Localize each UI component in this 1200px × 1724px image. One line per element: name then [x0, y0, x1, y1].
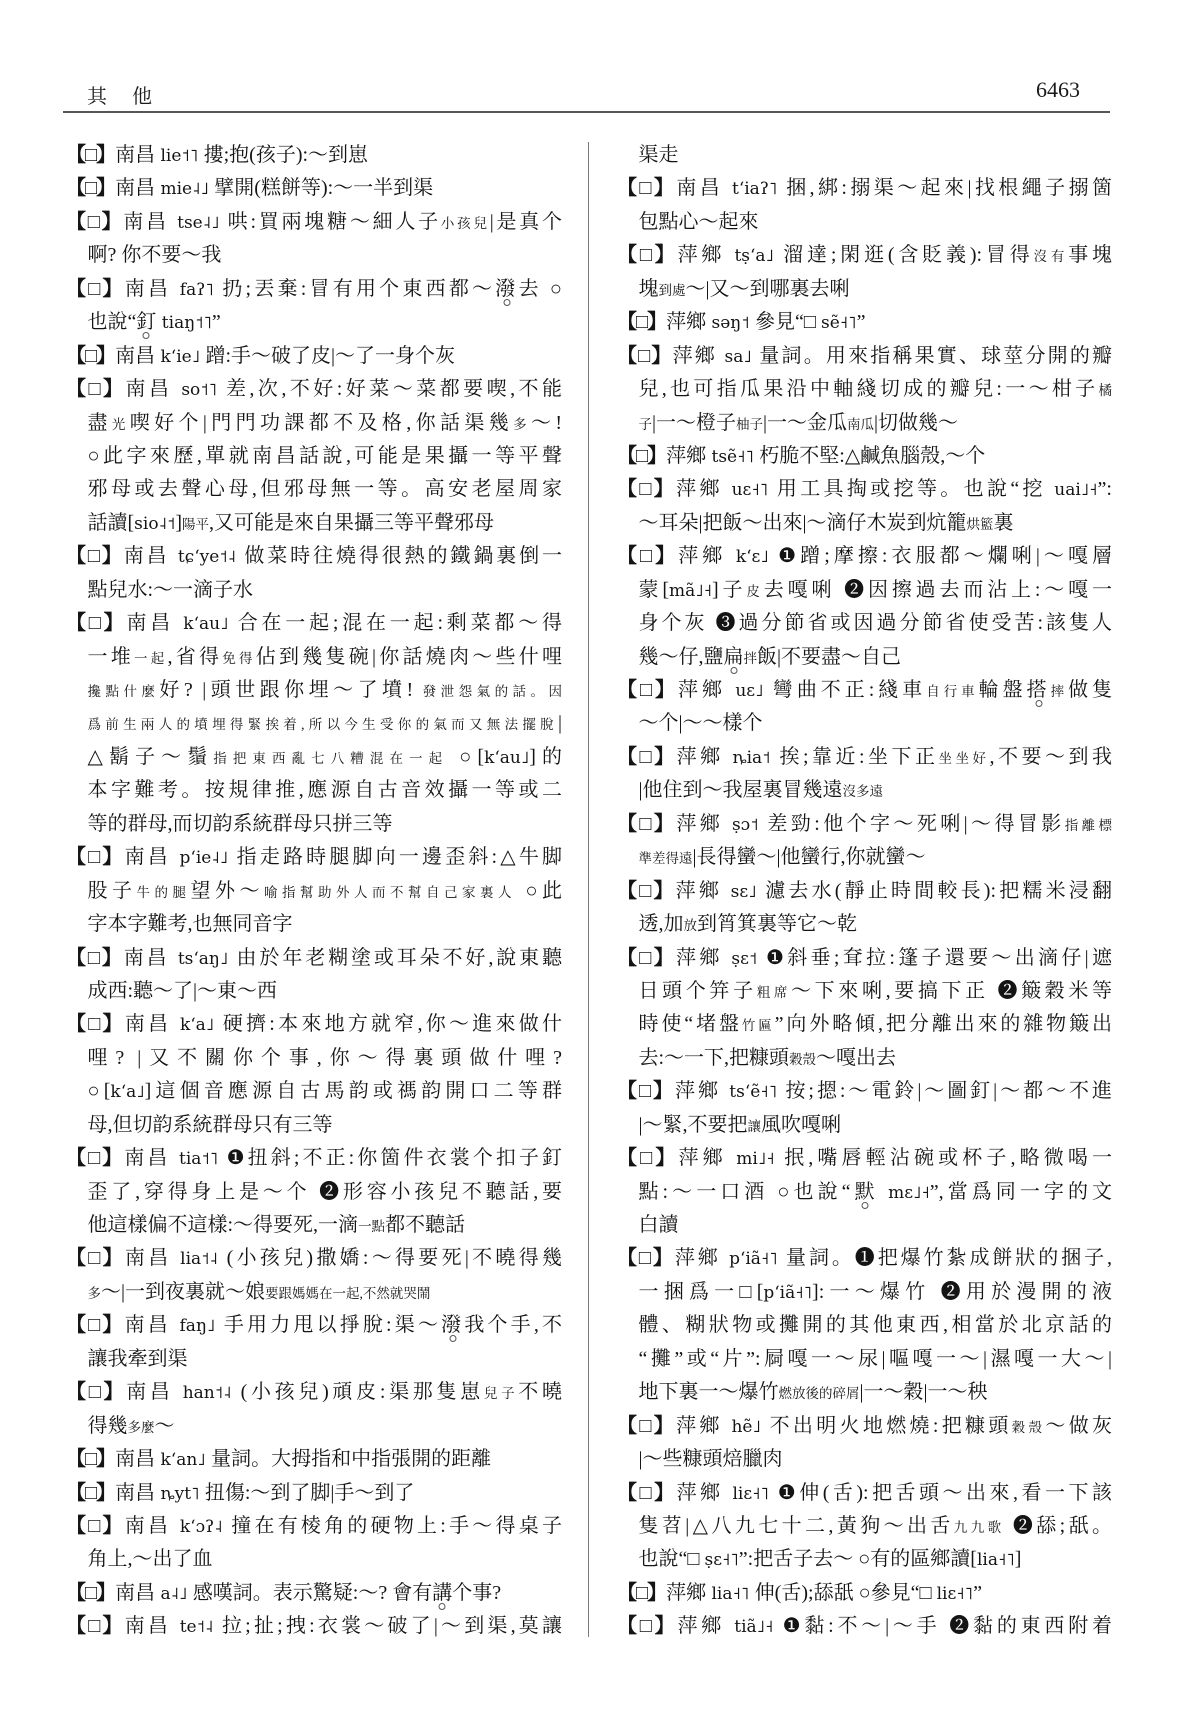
- dialect-label: 南昌: [124, 1147, 170, 1169]
- definition-text: |是真个: [490, 211, 562, 233]
- dictionary-entry-line: 【□】南昌 faʔ˥ 扔;丟棄:冒有用个東西都～潑去 ○: [66, 273, 562, 306]
- entry-continuation-line: 字本字難考,也無同音字: [66, 908, 562, 941]
- headword-placeholder: 【□】: [66, 1515, 125, 1537]
- dialect-label: 萍鄉: [666, 445, 706, 467]
- definition-text: 用工具掏或挖等。也說“挖: [777, 478, 1054, 500]
- definition-text: 个事?: [452, 1582, 501, 1604]
- headword-placeholder: 【□】: [66, 947, 124, 969]
- headword-placeholder: 【□】: [66, 345, 115, 367]
- dictionary-entry-line: 【□】萍鄉 hẽ˩ 不出明火地燃燒:把糠頭穀殼～做灰: [617, 1410, 1112, 1443]
- definition-text: 幾～仔,鹽: [639, 646, 724, 668]
- definition-text: ]: [175, 512, 182, 534]
- definition-text: 朽脆不堅:△鹹魚腦殼,～个: [759, 445, 985, 467]
- entry-continuation-line: 包點心～起來: [617, 206, 1112, 239]
- definition-text: ”:: [1098, 478, 1112, 500]
- entry-continuation-line: 時使“堵盤竹匾”向外略傾,把分離出來的雜物簸出: [617, 1008, 1112, 1041]
- phonetic-transcription: a˨˩: [155, 1584, 193, 1604]
- gloss-note: 南瓜: [847, 417, 874, 432]
- definition-text: 得幾: [88, 1415, 128, 1437]
- definition-text: |一～穀|一～秧: [860, 1381, 988, 1403]
- phonetic-transcription: lia˧˥: [977, 1550, 1015, 1570]
- definition-text: (小孩兒)撒嬌:～得要死|不曉得幾: [227, 1247, 562, 1269]
- gloss-note: 陽平: [182, 517, 209, 532]
- definition-text: ～!: [531, 412, 562, 434]
- dictionary-entry-line: 【□】南昌 mie˨˩ 擘開(糕餅等):～一半到渠: [66, 172, 562, 205]
- phonetic-transcription: mi˩˧: [727, 1149, 784, 1169]
- headword-placeholder: 【□】: [66, 1448, 115, 1470]
- entry-continuation-line: ～个|～～樣个: [617, 707, 1112, 740]
- definition-text: ○[: [448, 746, 484, 768]
- entry-continuation-line: 他這樣偏不這樣:～得要死,一滴一點都不聽話: [66, 1209, 562, 1242]
- entry-continuation-line: 地下裏一～爆竹燃放後的碎屑|一～穀|一～秧: [617, 1376, 1112, 1409]
- definition-text: 去 ○: [518, 278, 562, 300]
- definition-text: 啊? 你不要～我: [88, 244, 222, 266]
- page-number: 6463: [1036, 77, 1080, 103]
- gloss-note: 子: [639, 417, 653, 432]
- gloss-note: 一點: [358, 1219, 385, 1234]
- dictionary-entry-line: 【□】南昌 han˦˨ (小孩兒)頑皮:渠那隻崽兒子不曉: [66, 1376, 562, 1409]
- phonetic-transcription: sa˩: [717, 347, 759, 367]
- phonetic-transcription: kʻa˩: [171, 1015, 223, 1035]
- entry-continuation-line: 隻苕|△八九七十二,黃狗～出舌九九歌 ❷舔;舐。: [617, 1510, 1112, 1543]
- phonetic-transcription: mã˩˧: [669, 581, 712, 601]
- definition-text: 塊: [639, 278, 659, 300]
- gloss-note: 穀殼: [1012, 1420, 1046, 1435]
- definition-text: 感嘆詞。表示驚疑:～? 會有: [193, 1582, 432, 1604]
- phonetic-transcription: tsʻẽ˧˥: [721, 1082, 786, 1102]
- gloss-note: 多: [88, 1286, 102, 1301]
- gloss-note: 喻指幫助外人而不幫自己家裏人: [264, 885, 516, 900]
- entry-continuation-line: 爲前生兩人的墳埋得緊挨着,所以今生受你的氣而又無法擺脫|: [66, 707, 562, 740]
- entry-continuation-line: 準差得遠|長得蠻～|他蠻行,你就蠻～: [617, 841, 1112, 874]
- definition-text: |～些糠頭焙臘肉: [639, 1448, 783, 1470]
- headword-placeholder: 【□】: [66, 1247, 125, 1269]
- definition-text: 做隻: [1068, 679, 1112, 701]
- entry-continuation-line: △鬍子～鬚指把東西亂七八糟混在一起 ○[kʻau˩]的: [66, 741, 562, 774]
- phonetic-transcription: so˦˥: [172, 380, 225, 400]
- phonetic-transcription: ṣɛ˧˥: [704, 1550, 738, 1570]
- right-column: 渠走【□】南昌 tʻiaʔ˥ 捆,綁:搦渠～起來|找根繩子搦箇包點心～起來【□】…: [617, 139, 1112, 1644]
- definition-text: |: [558, 712, 562, 734]
- entry-continuation-line: 本字難考。按規律推,應源自古音效攝一等或二: [66, 774, 562, 807]
- definition-text: 隻苕|△八九七十二,黃狗～出舌: [639, 1515, 954, 1537]
- gloss-note: 一起: [134, 651, 168, 666]
- definition-text: ❶蹭;摩擦:衣服都～爛唎|～嘎層: [778, 545, 1112, 567]
- entry-continuation-line: 也說“□ ṣɛ˧˥”:把舌子去～ ○有的區鄉讀[lia˧˥]: [617, 1543, 1112, 1576]
- definition-text: 讓我牽到渠: [88, 1348, 188, 1370]
- definition-text: 捆,綁:搦渠～起來|找根繩子搦箇: [786, 177, 1112, 199]
- definition-text: ～下來唎,要搞下正 ❷簸穀米等: [791, 980, 1112, 1002]
- definition-text: 硬擠:本來地方就窄,你～進來做什: [223, 1013, 562, 1035]
- definition-text: 時使“堵盤: [639, 1013, 742, 1035]
- headword-placeholder: 【□】: [617, 244, 678, 266]
- dialect-label: 南昌: [126, 378, 173, 400]
- gloss-note: 指把東西亂七八糟混在一起: [213, 751, 448, 766]
- phonetic-transcription: liɛ˧˥: [937, 1584, 973, 1604]
- definition-text: 他這樣偏不這樣:～得要死,一滴: [88, 1214, 359, 1236]
- entry-continuation-line: 讓我牽到渠: [66, 1343, 562, 1376]
- phonetic-transcription: tiã˩˧: [725, 1617, 783, 1637]
- headword-placeholder: 【□】: [66, 846, 125, 868]
- entry-continuation-line: 角上,～出了血: [66, 1543, 562, 1576]
- phonetic-transcription: ȵyt˥: [155, 1484, 205, 1504]
- definition-text: ]這個音應源自古馬韵或禡韵開口二等群: [145, 1080, 562, 1102]
- gloss-note: 指離標: [1065, 818, 1112, 833]
- definition-text: ]:一～爆竹 ❷用於漫開的液: [812, 1281, 1112, 1303]
- definition-text: ❷舔;舐。: [1004, 1515, 1112, 1537]
- definition-text: ”:把舌子去～ ○有的區鄉讀[: [739, 1548, 977, 1570]
- gloss-note: 小孩兒: [441, 216, 490, 231]
- dictionary-entry-line: 【□】南昌 kʻɔʔ˨ 撞在有棱角的硬物上:手～得桌子: [66, 1510, 562, 1543]
- headword-placeholder: 【□】: [617, 880, 676, 902]
- gloss-note: 皮: [746, 584, 763, 599]
- definition-text: 由於年老糊塗或耳朵不好,說東聽: [237, 947, 562, 969]
- definition-text: 不出明火地燃燒:把糠頭: [770, 1415, 1012, 1437]
- definition-text: 日頭个笄子: [639, 980, 757, 1002]
- definition-text: 蹭:手～破了皮|～了一身个灰: [206, 345, 456, 367]
- gloss-note: 多麼: [128, 1420, 155, 1435]
- dictionary-entry-line: 【□】南昌 pʻie˨˩ 指走路時腿脚向一邊歪斜:△牛脚: [66, 841, 562, 874]
- definition-text: 盡: [88, 412, 112, 434]
- phonetic-transcription: sɛ˩: [722, 882, 765, 902]
- dialect-label: 萍鄉: [678, 679, 726, 701]
- phonetic-transcription: uɛ˧˥: [723, 480, 777, 500]
- dictionary-entry-line: 【□】南昌 tʻiaʔ˥ 捆,綁:搦渠～起來|找根繩子搦箇: [617, 172, 1112, 205]
- phonetic-transcription: tse˨˩: [169, 213, 228, 233]
- definition-text: |一～金瓜: [763, 412, 847, 434]
- headword-placeholder: 【□】: [617, 1615, 677, 1637]
- headword-placeholder: 【□】: [617, 813, 676, 835]
- entry-continuation-line: 股子牛的腿望外～喻指幫助外人而不幫自己家裏人 ○此: [66, 875, 562, 908]
- definition-text: 合在一起;混在一起:剩菜都～得: [238, 612, 562, 634]
- definition-text: 到筲箕裏等它～乾: [697, 913, 857, 935]
- definition-text: 地下裏一～爆竹: [639, 1381, 779, 1403]
- entry-continuation-line: 盡光喫好个|門門功課都不及格,你話渠幾多～!: [66, 407, 562, 440]
- entry-continuation-line: 塊到處～|又～到哪裏去唎: [617, 273, 1112, 306]
- gloss-note: 橘: [1099, 383, 1113, 398]
- headword-placeholder: 【□】: [617, 1482, 677, 1504]
- dictionary-entry-line: 【□】南昌 ȵyt˥ 扭傷:～到了脚|手～到了: [66, 1477, 562, 1510]
- definition-text: 包點心～起來: [639, 211, 759, 233]
- ring-marked-char: 扁: [724, 646, 744, 668]
- definition-text: 飯|不要盡～自己: [757, 646, 901, 668]
- entry-continuation-line: 也說“釘 tiaŋ˦˥”: [66, 306, 562, 339]
- entry-continuation-line: 日頭个笄子粗席～下來唎,要搞下正 ❷簸穀米等: [617, 975, 1112, 1008]
- dialect-label: 萍鄉: [676, 947, 723, 969]
- phonetic-transcription: kʻɛ˩: [726, 547, 778, 567]
- headword-placeholder: 【□】: [617, 947, 676, 969]
- definition-text: ”: [973, 1582, 982, 1604]
- ring-marked-char: 講: [432, 1582, 452, 1604]
- definition-text: 撞在有棱角的硬物上:手～得桌子: [231, 1515, 562, 1537]
- definition-text: 去:～一下,把糠頭: [639, 1047, 790, 1069]
- headword-placeholder: 【□】: [617, 177, 676, 199]
- phonetic-transcription: uɛ˩: [726, 681, 773, 701]
- definition-text: ～嘎出去: [816, 1047, 896, 1069]
- phonetic-transcription: kʻan˩: [155, 1450, 211, 1470]
- entry-continuation-line: 話讀[sio˨˦]陽平,又可能是來自果攝三等平聲邪母: [66, 507, 562, 540]
- definition-text: 擘開(糕餅等):～一半到渠: [214, 177, 433, 199]
- gloss-note: 坐坐好: [939, 751, 990, 766]
- definition-text: 事塊: [1068, 244, 1112, 266]
- gloss-note: 準差得遠: [639, 851, 693, 866]
- definition-text: 指走路時腿脚向一邊歪斜:△牛脚: [237, 846, 562, 868]
- phonetic-transcription: tia˦˥: [171, 1149, 227, 1169]
- phonetic-transcription: lia˧˥: [706, 1584, 755, 1604]
- definition-text: 抿,嘴唇輕沾碗或杯子,略微喝一: [784, 1147, 1112, 1169]
- definition-text: 伸(舌);舔舐 ○參見“□: [755, 1582, 937, 1604]
- headword-placeholder: 【□】: [66, 1615, 125, 1637]
- definition-text: 體、糊狀物或攤開的其他東西,相當於北京話的: [639, 1314, 1113, 1336]
- definition-text: ”: [212, 311, 221, 333]
- definition-text: 成西:聽～了|～東～西: [88, 980, 278, 1002]
- definition-text: ,省得: [168, 646, 223, 668]
- headword-placeholder: 【□】: [617, 478, 676, 500]
- dictionary-entry-line: 【□】萍鄉 ṣɛ˦ ❶斜垂;耷拉:篷子還要～出滴仔|遮: [617, 942, 1112, 975]
- definition-text: 蒙[: [639, 579, 670, 601]
- dialect-label: 南昌: [125, 846, 171, 868]
- headword-placeholder: 【□】: [66, 545, 124, 567]
- dictionary-entry-line: 【□】南昌 a˨˩ 感嘆詞。表示驚疑:～? 會有講个事?: [66, 1577, 562, 1610]
- definition-text: 等的群母,而切韵系統群母只拼三等: [88, 813, 393, 835]
- definition-text: ～|又～到哪裏去唎: [686, 278, 850, 300]
- dialect-label: 萍鄉: [666, 1582, 706, 1604]
- definition-text: 佔到幾隻碗|你話燒肉～些什哩: [256, 646, 562, 668]
- entry-continuation-line: 多～|一到夜裏就～娘要跟媽媽在一起,不然就哭鬧: [66, 1276, 562, 1309]
- gloss-note: 放: [684, 918, 698, 933]
- dictionary-entry-line: 【□】萍鄉 liɛ˧˥ ❶伸(舌):把舌頭～出來,看一下該: [617, 1477, 1112, 1510]
- phonetic-transcription: tṣʻa˩: [725, 246, 783, 266]
- phonetic-transcription: faʔ˥: [171, 280, 222, 300]
- definition-text: 身个灰 ❸過分節省或因過分節省使受苦:該隻人: [639, 612, 1113, 634]
- entry-continuation-line: ○[kʻa˩]這個音應源自古馬韵或禡韵開口二等群: [66, 1075, 562, 1108]
- dictionary-entry-line: 【□】南昌 tse˨˩ 哄:買兩塊糖～細人子小孩兒|是真个: [66, 206, 562, 239]
- dictionary-entry-line: 【□】南昌 kʻau˩ 合在一起;混在一起:剩菜都～得: [66, 607, 562, 640]
- definition-text: ❶黏:不～|～手 ❷黏的東西附着: [783, 1615, 1112, 1637]
- dictionary-page: 其他 6463 【□】南昌 lie˦˥ 摟;抱(孩子):～到崽【□】南昌 mie…: [0, 0, 1200, 1724]
- definition-text: 一捆爲一□[: [639, 1281, 764, 1303]
- dictionary-entry-line: 【□】萍鄉 uɛ˧˥ 用工具掏或挖等。也說“挖 uai˩˧”:: [617, 473, 1112, 506]
- dictionary-entry-line: 【□】萍鄉 ȵia˦ 挨;靠近:坐下正坐坐好,不要～到我: [617, 741, 1112, 774]
- ring-marked-char: 釘: [136, 311, 156, 333]
- definition-text: 量詞。❶把爆竹紮成餅狀的捆子,: [786, 1247, 1112, 1269]
- entry-continuation-line: |～緊,不要把讓風吹嘎唎: [617, 1109, 1112, 1142]
- dialect-label: 萍鄉: [677, 1615, 725, 1637]
- dialect-label: 南昌: [124, 947, 170, 969]
- headword-placeholder: 【□】: [66, 177, 115, 199]
- definition-text: 一堆: [88, 646, 135, 668]
- gloss-note: 穀殼: [789, 1052, 816, 1067]
- dictionary-entry-line: 【□】南昌 tɕʻye˦˨ 做菜時往燒得很熱的鐵鍋裏倒一: [66, 540, 562, 573]
- dialect-label: 萍鄉: [678, 1147, 726, 1169]
- dictionary-entry-line: 【□】萍鄉 tsẽ˧˥ 朽脆不堅:△鹹魚腦殼,～个: [617, 440, 1112, 473]
- definition-text: ❶斜垂;耷拉:篷子還要～出滴仔|遮: [766, 947, 1112, 969]
- entry-continuation-line: 啊? 你不要～我: [66, 239, 562, 272]
- dictionary-entry-line: 【□】萍鄉 tṣʻa˩ 溜達;閑逛(含貶義):冒得沒有事塊: [617, 239, 1112, 272]
- dialect-label: 南昌: [123, 211, 169, 233]
- dialect-label: 南昌: [115, 1448, 155, 1470]
- gloss-note: 要跟媽媽在一起,不然就哭鬧: [265, 1286, 430, 1301]
- definition-text: 量詞。用來指稱果實、球莖分開的瓣: [759, 345, 1112, 367]
- definition-text: 去嘎唎 ❷因擦過去而沾上:～嘎一: [764, 579, 1112, 601]
- entry-continuation-line: |他住到～我屋裏冒幾遠沒多遠: [617, 774, 1112, 807]
- phonetic-transcription: tsẽ˧˥: [706, 447, 759, 467]
- entry-continuation-line: 渠走: [617, 139, 1112, 172]
- definition-text: (小孩兒)頑皮:渠那隻崽: [241, 1381, 484, 1403]
- gloss-note: 自行車: [926, 684, 978, 699]
- dialect-label: 南昌: [115, 345, 155, 367]
- definition-text: 角上,～出了血: [88, 1548, 213, 1570]
- dictionary-entry-line: 【□】南昌 lia˦˨ (小孩兒)撒嬌:～得要死|不曉得幾: [66, 1242, 562, 1275]
- headword-placeholder: 【□】: [66, 211, 123, 233]
- dictionary-entry-line: 【□】萍鄉 səŋ˦ 參見“□ sẽ˧˥”: [617, 306, 1112, 339]
- entry-continuation-line: 母,但切韵系統群母只有三等: [66, 1109, 562, 1142]
- dialect-label: 南昌: [124, 545, 170, 567]
- dialect-label: 南昌: [126, 612, 174, 634]
- dialect-label: 南昌: [115, 1482, 155, 1504]
- gloss-note: 多: [513, 417, 531, 432]
- entry-continuation-line: “攤”或“片”:屙嘎一～尿|嘔嘎一～|濕嘎一大～|: [617, 1343, 1112, 1376]
- entry-continuation-line: 一堆一起,省得免得佔到幾隻碗|你話燒肉～些什哩: [66, 641, 562, 674]
- definition-text: ❶扭斜;不正:你箇件衣裳个扣子釘: [227, 1147, 562, 1169]
- entry-continuation-line: 等的群母,而切韵系統群母只拼三等: [66, 808, 562, 841]
- dictionary-entry-line: 【□】萍鄉 sɛ˩ 濾去水(靜止時間較長):把糯米浸翻: [617, 875, 1112, 908]
- phonetic-transcription: pʻiã˧˥: [721, 1249, 786, 1269]
- headword-placeholder: 【□】: [66, 1381, 126, 1403]
- entry-continuation-line: 身个灰 ❸過分節省或因過分節省使受苦:該隻人: [617, 607, 1112, 640]
- definition-text: ,不要～到我: [990, 746, 1112, 768]
- definition-text: 做菜時往燒得很熱的鐵鍋裏倒一: [244, 545, 562, 567]
- definition-text: 喫好个|門門功課都不及格,你話渠幾: [130, 412, 513, 434]
- entry-continuation-line: 體、糊狀物或攤開的其他東西,相當於北京話的: [617, 1309, 1112, 1342]
- definition-text: 風吹嘎唎: [761, 1114, 841, 1136]
- dictionary-entry-line: 【□】南昌 faŋ˩ 手用力甩以掙脫:渠～潑我个手,不: [66, 1309, 562, 1342]
- definition-text: 渠走: [639, 144, 679, 166]
- dialect-label: 南昌: [115, 1582, 155, 1604]
- definition-text: 也說“□: [639, 1548, 705, 1570]
- phonetic-transcription: ȵia˦: [724, 748, 780, 768]
- entry-continuation-line: 成西:聽～了|～東～西: [66, 975, 562, 1008]
- entry-continuation-line: 點兒水:～一滴子水: [66, 574, 562, 607]
- definition-text: ○此字來歷,單就南昌話說,可能是果攝一等平聲: [88, 445, 563, 467]
- definition-text: 差勁:他个字～死唎|～得冒影: [767, 813, 1064, 835]
- phonetic-transcription: han˦˨: [174, 1383, 241, 1403]
- dialect-label: 萍鄉: [675, 1247, 721, 1269]
- dictionary-entry-line: 【□】萍鄉 uɛ˩ 彎曲不正:綫車自行車輪盤搭摔做隻: [617, 674, 1112, 707]
- definition-text: 量詞。大拇指和中指張開的距離: [211, 1448, 491, 1470]
- phonetic-transcription: səŋ˦: [706, 313, 755, 333]
- definition-text: ～: [155, 1415, 175, 1437]
- definition-text: 參見“□: [755, 311, 821, 333]
- header-rule: [63, 111, 1110, 113]
- phonetic-transcription: tsʻaŋ˩: [170, 949, 237, 969]
- entry-continuation-line: 一捆爲一□[pʻiã˧˥]:一～爆竹 ❷用於漫開的液: [617, 1276, 1112, 1309]
- entry-continuation-line: 得幾多麼～: [66, 1410, 562, 1443]
- entry-continuation-line: |～些糠頭焙臘肉: [617, 1443, 1112, 1476]
- gloss-note: 摔: [1051, 684, 1068, 699]
- definition-text: 挨;靠近:坐下正: [779, 746, 938, 768]
- definition-text: 股子: [88, 880, 137, 902]
- definition-text: 溜達;閑逛(含貶義):冒得: [783, 244, 1033, 266]
- gloss-note: 發泄怨氣的話。因: [423, 684, 562, 699]
- phonetic-transcription: uai˩˧: [1054, 480, 1097, 500]
- entry-continuation-line: ○此字來歷,單就南昌話說,可能是果攝一等平聲: [66, 440, 562, 473]
- definition-text: “攤”或“片”:屙嘎一～尿|嘔嘎一～|濕嘎一大～|: [639, 1348, 1113, 1370]
- headword-placeholder: 【□】: [617, 345, 673, 367]
- dialect-label: 萍鄉: [677, 746, 724, 768]
- definition-text: 我个手,不: [464, 1314, 562, 1336]
- section-title: 其他: [87, 84, 177, 110]
- definition-text: 點兒水:～一滴子水: [88, 579, 254, 601]
- definition-text: ]的: [529, 746, 562, 768]
- headword-placeholder: 【□】: [617, 746, 677, 768]
- definition-text: ”,當爲同一字的文: [930, 1181, 1112, 1203]
- definition-text: |一～橙子: [652, 412, 736, 434]
- gloss-note: 拌: [744, 651, 758, 666]
- definition-text: 濾去水(靜止時間較長):把糯米浸翻: [765, 880, 1112, 902]
- dictionary-entry-line: 【□】南昌 lie˦˥ 摟;抱(孩子):～到崽: [66, 139, 562, 172]
- definition-text: ”向外略傾,把分離出來的雜物簸出: [775, 1013, 1112, 1035]
- ring-marked-char: 潑: [441, 1314, 464, 1336]
- headword-placeholder: 【□】: [66, 144, 115, 166]
- definition-text: 差,次,不好:好菜～菜都要喫,不能: [226, 378, 562, 400]
- definition-text: △鬍子～鬚: [88, 746, 214, 768]
- gloss-note: 粗席: [757, 985, 791, 1000]
- definition-text: 扔;丟棄:冒有用个東西都～: [222, 278, 495, 300]
- headword-placeholder: 【□】: [66, 1013, 125, 1035]
- dialect-label: 南昌: [125, 278, 171, 300]
- phonetic-transcription: ṣɛ˦: [723, 949, 766, 969]
- dialect-label: 南昌: [125, 1615, 171, 1637]
- phonetic-transcription: kʻau˩: [484, 748, 529, 768]
- dialect-label: 南昌: [115, 177, 155, 199]
- headword-placeholder: 【□】: [617, 445, 666, 467]
- dialect-label: 萍鄉: [676, 1415, 723, 1437]
- gloss-note: 柚子: [736, 417, 763, 432]
- dialect-label: 萍鄉: [676, 478, 723, 500]
- headword-placeholder: 【□】: [617, 1582, 666, 1604]
- headword-placeholder: 【□】: [617, 1147, 678, 1169]
- gloss-note: 爲前生兩人的墳埋得緊挨着,所以今生受你的氣而又無法擺脫: [88, 717, 558, 732]
- definition-text: 白讀: [639, 1214, 679, 1236]
- dictionary-entry-line: 【□】南昌 tia˦˥ ❶扭斜;不正:你箇件衣裳个扣子釘: [66, 1142, 562, 1175]
- definition-text: 字本字難考,也無同音字: [88, 913, 293, 935]
- entry-continuation-line: ～耳朵|把飯～出來|～滴仔木炭到炕籠烘籃裏: [617, 507, 1112, 540]
- phonetic-transcription: sio˨˦: [134, 514, 175, 534]
- definition-text: 摟;抱(孩子):～到崽: [204, 144, 368, 166]
- entry-continuation-line: 白讀: [617, 1209, 1112, 1242]
- dialect-label: 萍鄉: [678, 244, 726, 266]
- dictionary-entry-line: 【□】南昌 kʻa˩ 硬擠:本來地方就窄,你～進來做什: [66, 1008, 562, 1041]
- entry-continuation-line: 去:～一下,把糠頭穀殼～嘎出去: [617, 1042, 1112, 1075]
- definition-text: 哩? |又不關你个事,你～得裏頭做什哩?: [88, 1047, 563, 1069]
- ring-marked-char: 默: [851, 1181, 879, 1203]
- definition-text: ○此: [516, 880, 562, 902]
- entry-continuation-line: 點:～一口酒 ○也說“默 mɛ˩˧”,當爲同一字的文: [617, 1176, 1112, 1209]
- dialect-label: 南昌: [125, 1314, 171, 1336]
- gloss-note: 免得: [222, 651, 256, 666]
- headword-placeholder: 【□】: [617, 679, 678, 701]
- definition-text: 歪了,穿得身上是～个 ❷形容小孩兒不聽話,要: [88, 1181, 563, 1203]
- definition-text: 邪母或去聲心母,但邪母無一等。高安老屋周家: [88, 478, 563, 500]
- entry-continuation-line: 哩? |又不關你个事,你～得裏頭做什哩?: [66, 1042, 562, 1075]
- entry-continuation-line: 邪母或去聲心母,但邪母無一等。高安老屋周家: [66, 473, 562, 506]
- entry-continuation-line: 蒙[mã˩˧]子皮去嘎唎 ❷因擦過去而沾上:～嘎一: [617, 574, 1112, 607]
- definition-text: 話讀[: [88, 512, 135, 534]
- definition-text: ”: [857, 311, 866, 333]
- dialect-label: 萍鄉: [675, 1080, 721, 1102]
- definition-text: ～做灰: [1045, 1415, 1112, 1437]
